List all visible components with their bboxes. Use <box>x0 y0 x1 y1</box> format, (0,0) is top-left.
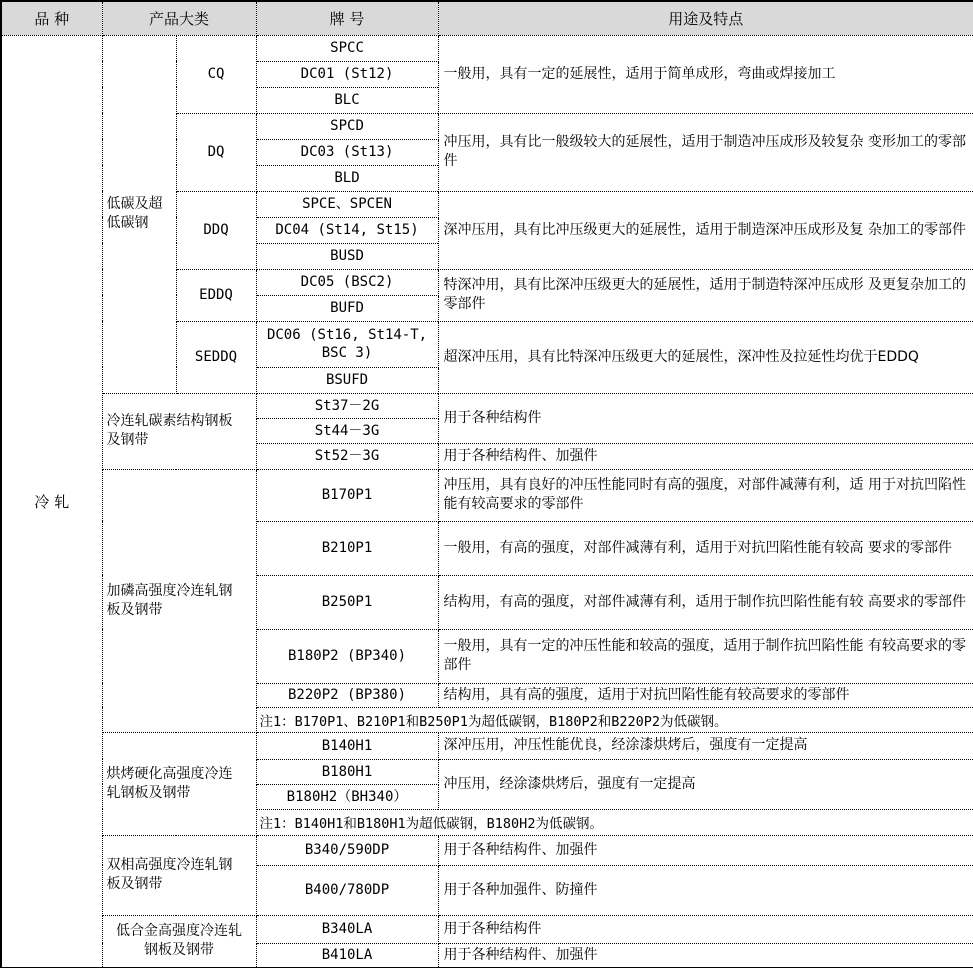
usage-cell: 用于各种结构件 <box>438 915 973 943</box>
header-grade: 牌 号 <box>256 1 438 35</box>
subgroup-cell-cq: CQ <box>176 35 256 113</box>
table-row: 加磷高强度冷连轧钢板及钢带 B170P1 冲压用，具有良好的冲压性能同时有高的强… <box>1 469 973 521</box>
usage-cell: 一般用，有高的强度，对部件减薄有利，适用于对抗凹陷性能有较高 要求的零部件 <box>438 521 973 575</box>
grade-cell: BLC <box>256 87 438 113</box>
usage-cell: 一般用，具有一定的延展性，适用于简单成形，弯曲或焊接加工 <box>438 35 973 113</box>
grade-cell: B250P1 <box>256 575 438 629</box>
grade-cell: DC03 (St13) <box>256 139 438 165</box>
header-usage: 用途及特点 <box>438 1 973 35</box>
header-variety: 品 种 <box>1 1 102 35</box>
grade-cell: SPCE、SPCEN <box>256 191 438 217</box>
category-label: 低合金高强度冷连轧钢板及钢带 <box>114 922 244 960</box>
usage-cell: 深冲压用，具有比冲压级更大的延展性，适用于制造深冲压成形及复 杂加工的零部件 <box>438 191 973 269</box>
grade-cell: B140H1 <box>256 732 438 759</box>
usage-cell: 特深冲用，具有比深冲压级更大的延展性，适用于制造特深冲压成形 及更复杂加工的零部… <box>438 269 973 321</box>
category-cell-bake-hardening: 烘烤硬化高强度冷连轧钢板及钢带 <box>102 732 256 835</box>
category-cell-carbon-structural: 冷连轧碳素结构钢板及钢带 <box>102 393 256 469</box>
usage-cell: 冲压用，具有良好的冲压性能同时有高的强度，对部件减薄有利，适 用于对抗凹陷性能有… <box>438 469 973 521</box>
category-cell-rephos-hss: 加磷高强度冷连轧钢板及钢带 <box>102 469 256 732</box>
usage-cell: 结构用，有高的强度，对部件减薄有利，适用于制作抗凹陷性能有较 高要求的零部件 <box>438 575 973 629</box>
subgroup-cell-seddq: SEDDQ <box>176 321 256 393</box>
table-row: 冷 轧 低碳及超低碳钢 CQ SPCC 一般用，具有一定的延展性，适用于简单成形… <box>1 35 973 61</box>
usage-cell: 用于各种结构件、加强件 <box>438 835 973 865</box>
grade-cell: BUFD <box>256 295 438 321</box>
header-category: 产品大类 <box>102 1 256 35</box>
grade-cell: DC05 (BSC2) <box>256 269 438 295</box>
grade-cell: SPCC <box>256 35 438 61</box>
grade-cell: B180H1 <box>256 759 438 784</box>
grade-cell: SPCD <box>256 113 438 139</box>
category-cell-low-carbon: 低碳及超低碳钢 <box>102 35 176 393</box>
usage-cell: 用于各种结构件 <box>438 393 973 443</box>
usage-cell: 用于各种加强件、防撞件 <box>438 865 973 915</box>
grade-cell: B180H2（BH340） <box>256 784 438 809</box>
usage-cell: 超深冲压用，具有比特深冲压级更大的延展性，深冲性及拉延性均优于EDDQ <box>438 321 973 393</box>
table-row: 冷连轧碳素结构钢板及钢带 St37－2G 用于各种结构件 <box>1 393 973 418</box>
usage-cell: 深冲压用，冲压性能优良，经涂漆烘烤后，强度有一定提高 <box>438 732 973 759</box>
usage-cell: 用于各种结构件、加强件 <box>438 943 973 968</box>
grade-cell: St52－3G <box>256 443 438 469</box>
category-label: 冷连轧碳素结构钢板及钢带 <box>107 412 237 450</box>
grade-cell: BLD <box>256 165 438 191</box>
subgroup-cell-eddq: EDDQ <box>176 269 256 321</box>
grade-cell: DC01 (St12) <box>256 61 438 87</box>
usage-cell: 冲压用，具有比一般级较大的延展性，适用于制造冲压成形及较复杂 变形加工的零部件 <box>438 113 973 191</box>
subgroup-cell-ddq: DDQ <box>176 191 256 269</box>
grade-cell: B180P2 (BP340) <box>256 629 438 683</box>
grade-cell: B340LA <box>256 915 438 943</box>
note-cell: 注1：B140H1和B180H1为超低碳钢，B180H2为低碳钢。 <box>256 809 973 835</box>
usage-cell: 用于各种结构件、加强件 <box>438 443 973 469</box>
grade-cell: St44－3G <box>256 418 438 443</box>
grade-cell: B170P1 <box>256 469 438 521</box>
grade-cell: DC04 (St14, St15) <box>256 217 438 243</box>
grade-cell: B410LA <box>256 943 438 968</box>
category-label: 加磷高强度冷连轧钢板及钢带 <box>107 582 237 620</box>
grade-cell: B400/780DP <box>256 865 438 915</box>
note-cell: 注1：B170P1、B210P1和B250P1为超低碳钢，B180P2和B220… <box>256 707 973 732</box>
subgroup-cell-dq: DQ <box>176 113 256 191</box>
cold-rolled-products-table: 品 种 产品大类 牌 号 用途及特点 冷 轧 低碳及超低碳钢 CQ SPCC 一… <box>0 0 973 968</box>
grade-cell: B210P1 <box>256 521 438 575</box>
usage-cell: 冲压用，经涂漆烘烤后，强度有一定提高 <box>438 759 973 809</box>
variety-cell: 冷 轧 <box>1 35 102 968</box>
grade-cell: B340/590DP <box>256 835 438 865</box>
table-row: 烘烤硬化高强度冷连轧钢板及钢带 B140H1 深冲压用，冲压性能优良，经涂漆烘烤… <box>1 732 973 759</box>
table-row: 双相高强度冷连轧钢板及钢带 B340/590DP 用于各种结构件、加强件 <box>1 835 973 865</box>
category-cell-dual-phase: 双相高强度冷连轧钢板及钢带 <box>102 835 256 915</box>
usage-cell: 一般用，具有一定的冲压性能和较高的强度，适用于制作抗凹陷性能 有较高要求的零部件 <box>438 629 973 683</box>
grade-cell: St37－2G <box>256 393 438 418</box>
grade-cell: BSUFD <box>256 367 438 393</box>
table-row: 低合金高强度冷连轧钢板及钢带 B340LA 用于各种结构件 <box>1 915 973 943</box>
grade-cell: DC06 (St16, St14-T, BSC 3) <box>256 321 438 367</box>
grade-cell: B220P2 (BP380) <box>256 683 438 707</box>
grade-cell: BUSD <box>256 243 438 269</box>
category-label: 双相高强度冷连轧钢板及钢带 <box>107 856 237 894</box>
category-cell-hsla: 低合金高强度冷连轧钢板及钢带 <box>102 915 256 968</box>
category-label: 烘烤硬化高强度冷连轧钢板及钢带 <box>107 765 237 803</box>
header-row: 品 种 产品大类 牌 号 用途及特点 <box>1 1 973 35</box>
steel-spec-sheet: 品 种 产品大类 牌 号 用途及特点 冷 轧 低碳及超低碳钢 CQ SPCC 一… <box>0 0 973 968</box>
usage-cell: 结构用，具有高的强度，适用于对抗凹陷性能有较高要求的零部件 <box>438 683 973 707</box>
